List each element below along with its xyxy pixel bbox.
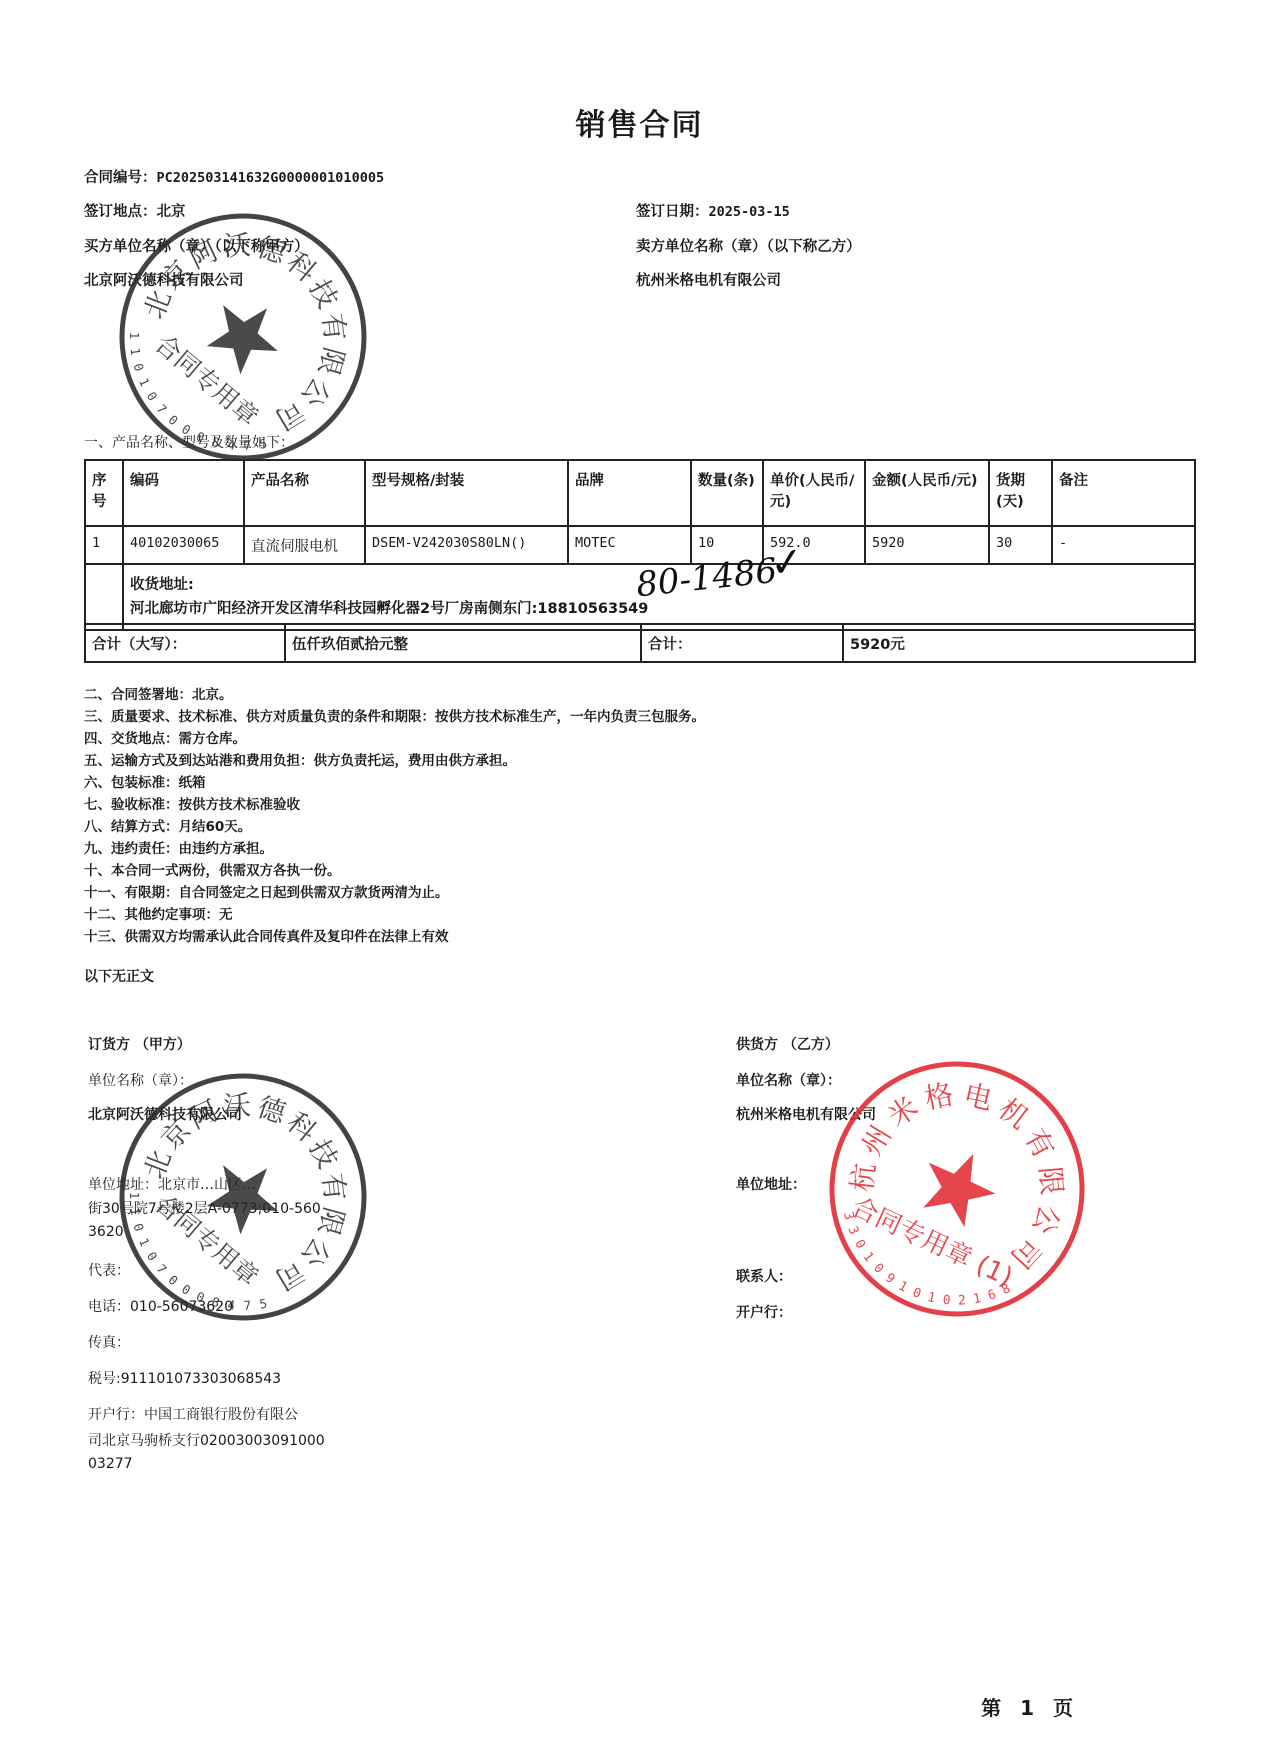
document-title: 销售合同: [0, 100, 1279, 144]
svg-text:3: 3: [845, 1224, 862, 1237]
clause-7: 七、验收标准：按供方技术标准验收: [84, 794, 705, 816]
svg-text:北: 北: [138, 286, 178, 323]
buyer-bank-line2: 司北京马驹桥支行02003003091000: [88, 1430, 325, 1450]
buyer-party-heading: 订货方 （甲方）: [88, 1034, 191, 1054]
svg-text:有: 有: [316, 1171, 351, 1202]
svg-text:0: 0: [131, 1221, 148, 1232]
svg-text:0: 0: [910, 1285, 923, 1302]
sign-place-label: 签订地点：: [84, 204, 157, 220]
total-value: 5920元: [843, 624, 1195, 662]
svg-text:5: 5: [258, 436, 268, 452]
seller-contract-seal: 杭州米格电机有限公司合同专用章 (1)33010910102168: [828, 1060, 1086, 1318]
buyer-bank: 开户行：中国工商银行股份有限公: [88, 1404, 298, 1424]
delivery-address-spacer: [85, 564, 123, 630]
cell-brand: MOTEC: [568, 526, 691, 564]
clause-8: 八、结算方式：月结60天。: [84, 816, 705, 838]
buyer-tax-value: 91110107330306854​3: [121, 1371, 281, 1387]
cell-model: DSEM-V242030S80LN(): [365, 526, 568, 564]
svg-text:5: 5: [258, 1296, 268, 1312]
total-upper-value: 伍仟玖佰贰拾元整: [285, 624, 641, 662]
svg-text:2: 2: [958, 1293, 966, 1308]
buyer-tax: 税号:91110107330306854​3: [88, 1368, 281, 1388]
svg-text:技: 技: [303, 1134, 344, 1173]
svg-text:限: 限: [1033, 1165, 1068, 1196]
svg-text:6: 6: [986, 1287, 998, 1304]
seller-bank-label: 开户行：: [736, 1302, 792, 1322]
buyer-contract-seal-bottom: 北京阿沃德科技有限公司合同专用章1101070008475: [118, 1072, 368, 1322]
svg-text:8: 8: [210, 1294, 221, 1310]
header-brand: 品牌: [568, 460, 691, 526]
header-remark: 备注: [1052, 460, 1195, 526]
header-model: 型号规格/封装: [365, 460, 568, 526]
buyer-bank-label: 开户行：: [88, 1407, 144, 1423]
svg-text:0: 0: [194, 428, 207, 445]
clause-11: 十一、有限期：自合同签定之日起到供需双方款货两清为止。: [84, 882, 705, 904]
svg-text:北: 北: [138, 1146, 178, 1183]
sign-date-value: 2025-03-15: [709, 204, 790, 220]
svg-text:电: 电: [961, 1078, 996, 1117]
svg-text:1: 1: [128, 347, 144, 356]
handwritten-check-icon: ✓: [768, 538, 806, 587]
buyer-contract-seal-top: 北京阿沃德科技有限公司合同专用章1101070008475: [118, 212, 368, 462]
svg-text:7: 7: [243, 1298, 251, 1313]
sign-date-label: 签订日期：: [636, 204, 709, 220]
svg-text:阿: 阿: [185, 1094, 224, 1135]
buyer-phone-label: 电话：: [88, 1299, 130, 1315]
seller-unit-name-label: 单位名称（章）：: [736, 1070, 841, 1090]
sign-date: 签订日期：2025-03-15: [636, 200, 790, 221]
header-unit-price: 单价(人民币/元): [763, 460, 865, 526]
clause-10: 十、本合同一式两份，供需双方各执一份。: [84, 860, 705, 882]
svg-text:1: 1: [972, 1291, 982, 1307]
svg-text:杭: 杭: [846, 1161, 882, 1193]
cell-remark: -: [1052, 526, 1195, 564]
svg-text:1: 1: [127, 1192, 142, 1200]
svg-text:1: 1: [128, 1207, 144, 1216]
buyer-fax-label: 传真：: [88, 1332, 130, 1352]
clause-6: 六、包装标准：纸箱: [84, 772, 705, 794]
svg-text:有: 有: [316, 311, 351, 342]
svg-text:0: 0: [179, 1281, 193, 1298]
total-upper-label: 合计（大写）：: [85, 624, 285, 662]
sign-place: 签订地点：北京: [84, 200, 186, 221]
clause-9: 九、违约责任：由违约方承担。: [84, 838, 705, 860]
total-label: 合计：: [641, 624, 843, 662]
cell-amount: 5920: [865, 526, 989, 564]
svg-text:沃: 沃: [222, 229, 251, 263]
svg-text:限: 限: [312, 344, 350, 379]
svg-text:1: 1: [926, 1290, 937, 1306]
svg-text:米: 米: [882, 1090, 924, 1133]
svg-text:沃: 沃: [222, 1089, 251, 1123]
buyer-rep-label: 代表：: [88, 1260, 130, 1280]
svg-text:州: 州: [855, 1120, 898, 1161]
svg-text:1: 1: [136, 376, 153, 389]
clause-12: 十二、其他约定事项：无: [84, 904, 705, 926]
total-row: 合计（大写）： 伍仟玖佰贰拾元整 合计： 5920元: [85, 624, 1195, 662]
clause-4: 四、交货地点：需方仓库。: [84, 728, 705, 750]
cell-lead-days: 30: [989, 526, 1052, 564]
svg-text:限: 限: [312, 1204, 350, 1239]
buyer-tax-label: 税号:: [88, 1371, 121, 1387]
svg-text:公: 公: [1026, 1201, 1066, 1239]
svg-text:1: 1: [860, 1250, 877, 1265]
clause-2: 二、合同签署地：北京。: [84, 684, 705, 706]
svg-text:0: 0: [851, 1237, 868, 1251]
header-quantity: 数量(条): [691, 460, 763, 526]
svg-text:技: 技: [303, 274, 344, 313]
header-index: 序号: [85, 460, 123, 526]
header-amount: 金额(人民币/元): [865, 460, 989, 526]
svg-text:0: 0: [144, 1249, 161, 1263]
svg-text:0: 0: [131, 361, 148, 372]
clause-3: 三、质量要求、技术标准、供方对质量负责的条件和期限：按供方技术标准生产，一年内负…: [84, 706, 705, 728]
seller-label: 卖方单位名称（章）（以下称乙方）: [636, 235, 861, 256]
buyer-bank-line3: 03277: [88, 1456, 133, 1472]
svg-text:0: 0: [166, 1272, 181, 1288]
svg-text:格: 格: [922, 1078, 956, 1116]
cell-code: 40102030065: [123, 526, 244, 564]
svg-text:机: 机: [992, 1092, 1035, 1135]
svg-text:8: 8: [210, 434, 221, 450]
svg-text:0: 0: [179, 421, 193, 438]
svg-text:8: 8: [999, 1281, 1013, 1298]
svg-text:7: 7: [154, 1261, 170, 1277]
seller-name: 杭州米格电机有限公司: [636, 269, 781, 290]
header-lead-days: 货期(天): [989, 460, 1052, 526]
contract-number-label: 合同编号：: [84, 170, 157, 186]
svg-text:4: 4: [227, 1297, 236, 1313]
svg-text:1: 1: [896, 1279, 910, 1296]
svg-text:1: 1: [136, 1236, 153, 1249]
clauses-list: 二、合同签署地：北京。 三、质量要求、技术标准、供方对质量负责的条件和期限：按供…: [84, 684, 705, 948]
buyer-bank-line1: 中国工商银行股份有限公: [144, 1407, 298, 1423]
svg-text:0: 0: [166, 412, 181, 428]
svg-text:0: 0: [194, 1288, 207, 1305]
clause-5: 五、运输方式及到达站港和费用负担：供方负责托运，费用由供方承担。: [84, 750, 705, 772]
clause-13: 十三、供需双方均需承认此合同传真件及复印件在法律上有效: [84, 926, 705, 948]
svg-text:9: 9: [882, 1270, 897, 1287]
seller-address-label: 单位地址：: [736, 1174, 806, 1194]
svg-text:阿: 阿: [185, 234, 224, 275]
total-table: 合计（大写）： 伍仟玖佰贰拾元整 合计： 5920元: [84, 623, 1196, 663]
contract-number-value: PC202503141632G0000001010005: [157, 170, 385, 186]
seller-contact-label: 联系人：: [736, 1266, 792, 1286]
cell-index: 1: [85, 526, 123, 564]
table-row: 1 40102030065 直流伺服电机 DSEM-V242030S80LN()…: [85, 526, 1195, 564]
cell-product: 直流伺服电机: [244, 526, 365, 564]
page-number: 第 1 页: [981, 1692, 1079, 1721]
svg-text:0: 0: [870, 1261, 886, 1277]
svg-text:0: 0: [144, 389, 161, 403]
svg-text:7: 7: [154, 401, 170, 417]
svg-text:1: 1: [127, 332, 142, 340]
svg-text:有: 有: [1018, 1123, 1061, 1164]
svg-text:0: 0: [942, 1293, 951, 1309]
seller-party-heading: 供货方 （乙方）: [736, 1034, 839, 1054]
svg-text:4: 4: [227, 437, 236, 453]
svg-text:7: 7: [243, 438, 251, 453]
end-note: 以下无正文: [84, 966, 154, 986]
